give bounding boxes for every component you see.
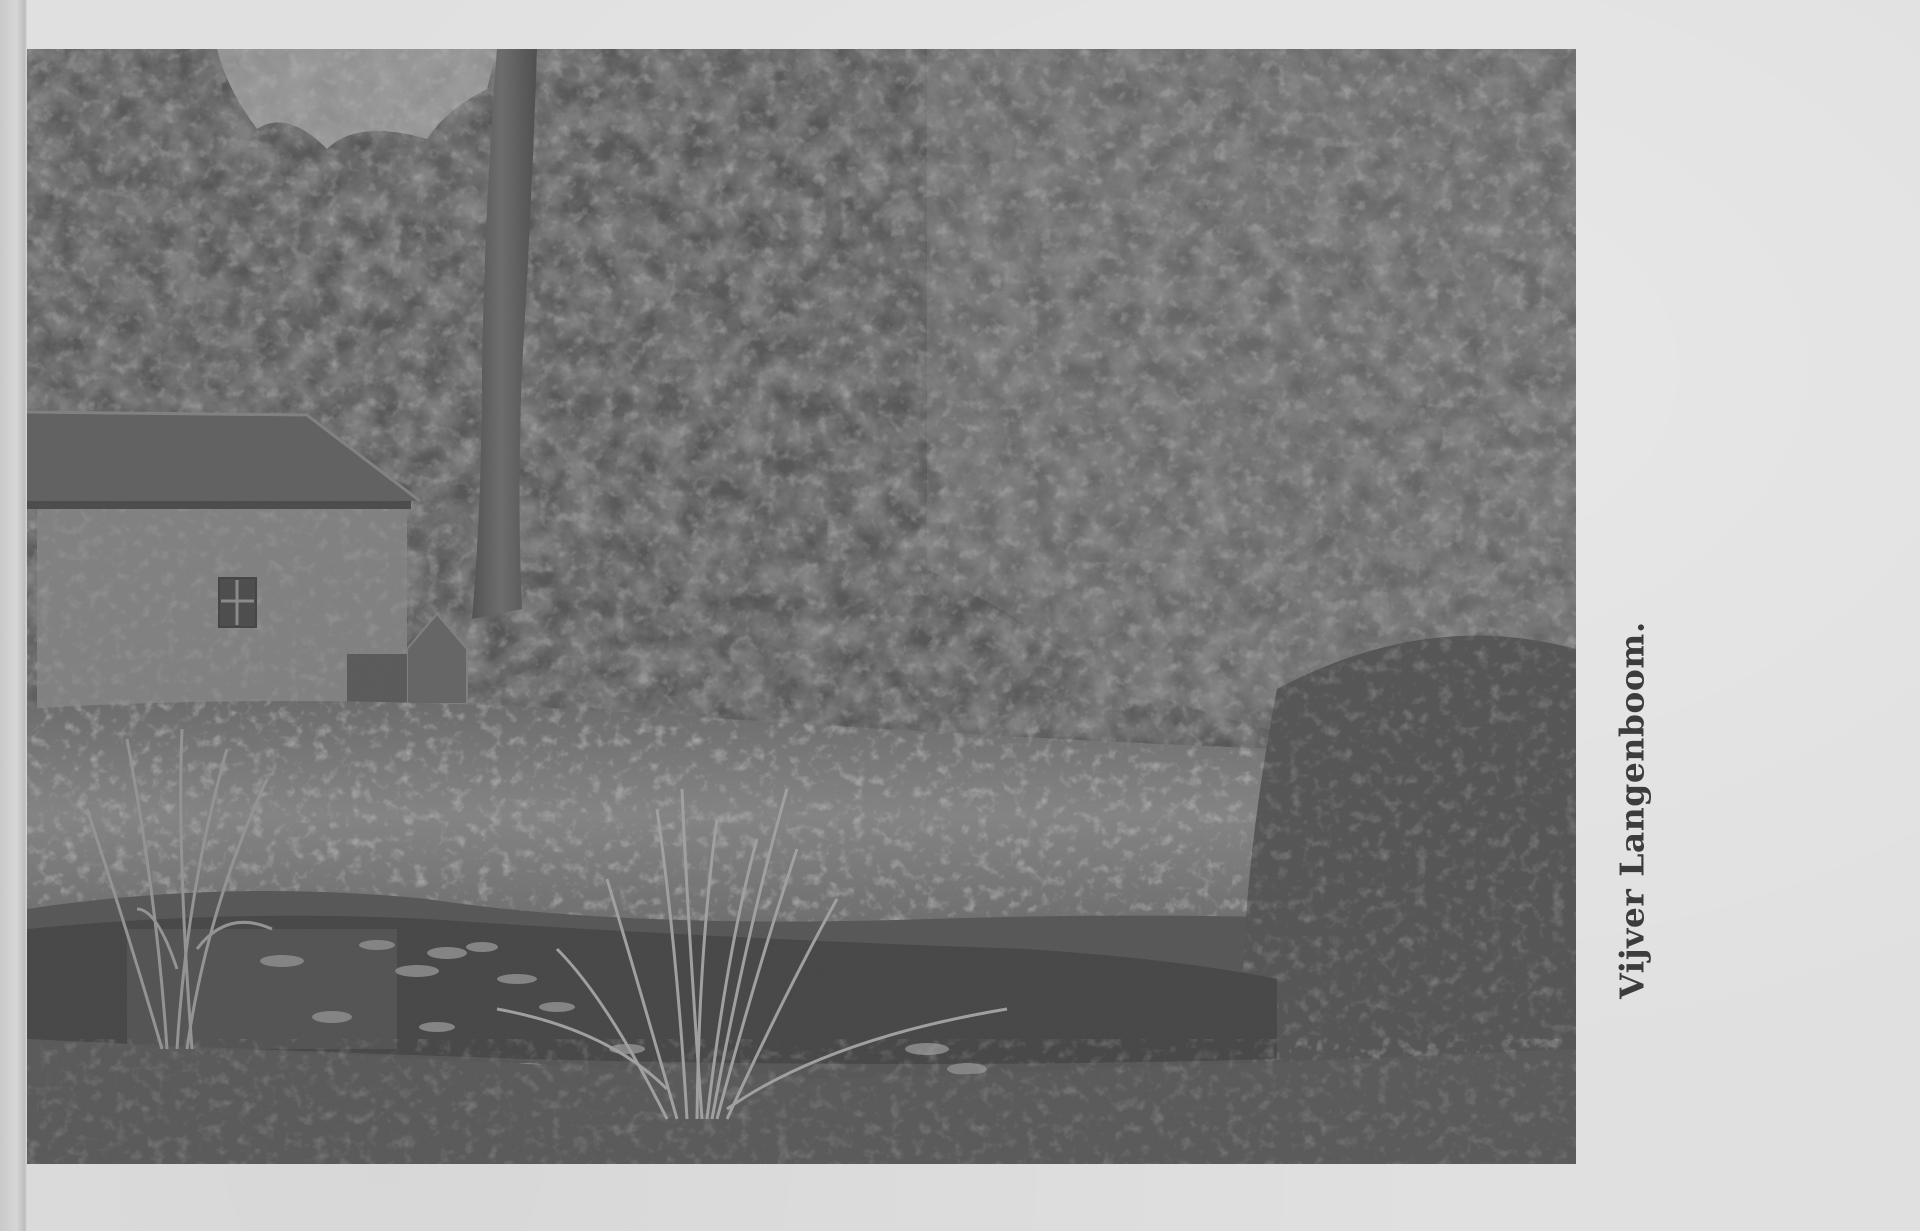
- album-spine-edge: [0, 0, 27, 1231]
- postcard-caption: Vijver Langenboom.: [1613, 621, 1652, 999]
- scene-illustration: [27, 49, 1576, 1164]
- photograph: [27, 49, 1576, 1164]
